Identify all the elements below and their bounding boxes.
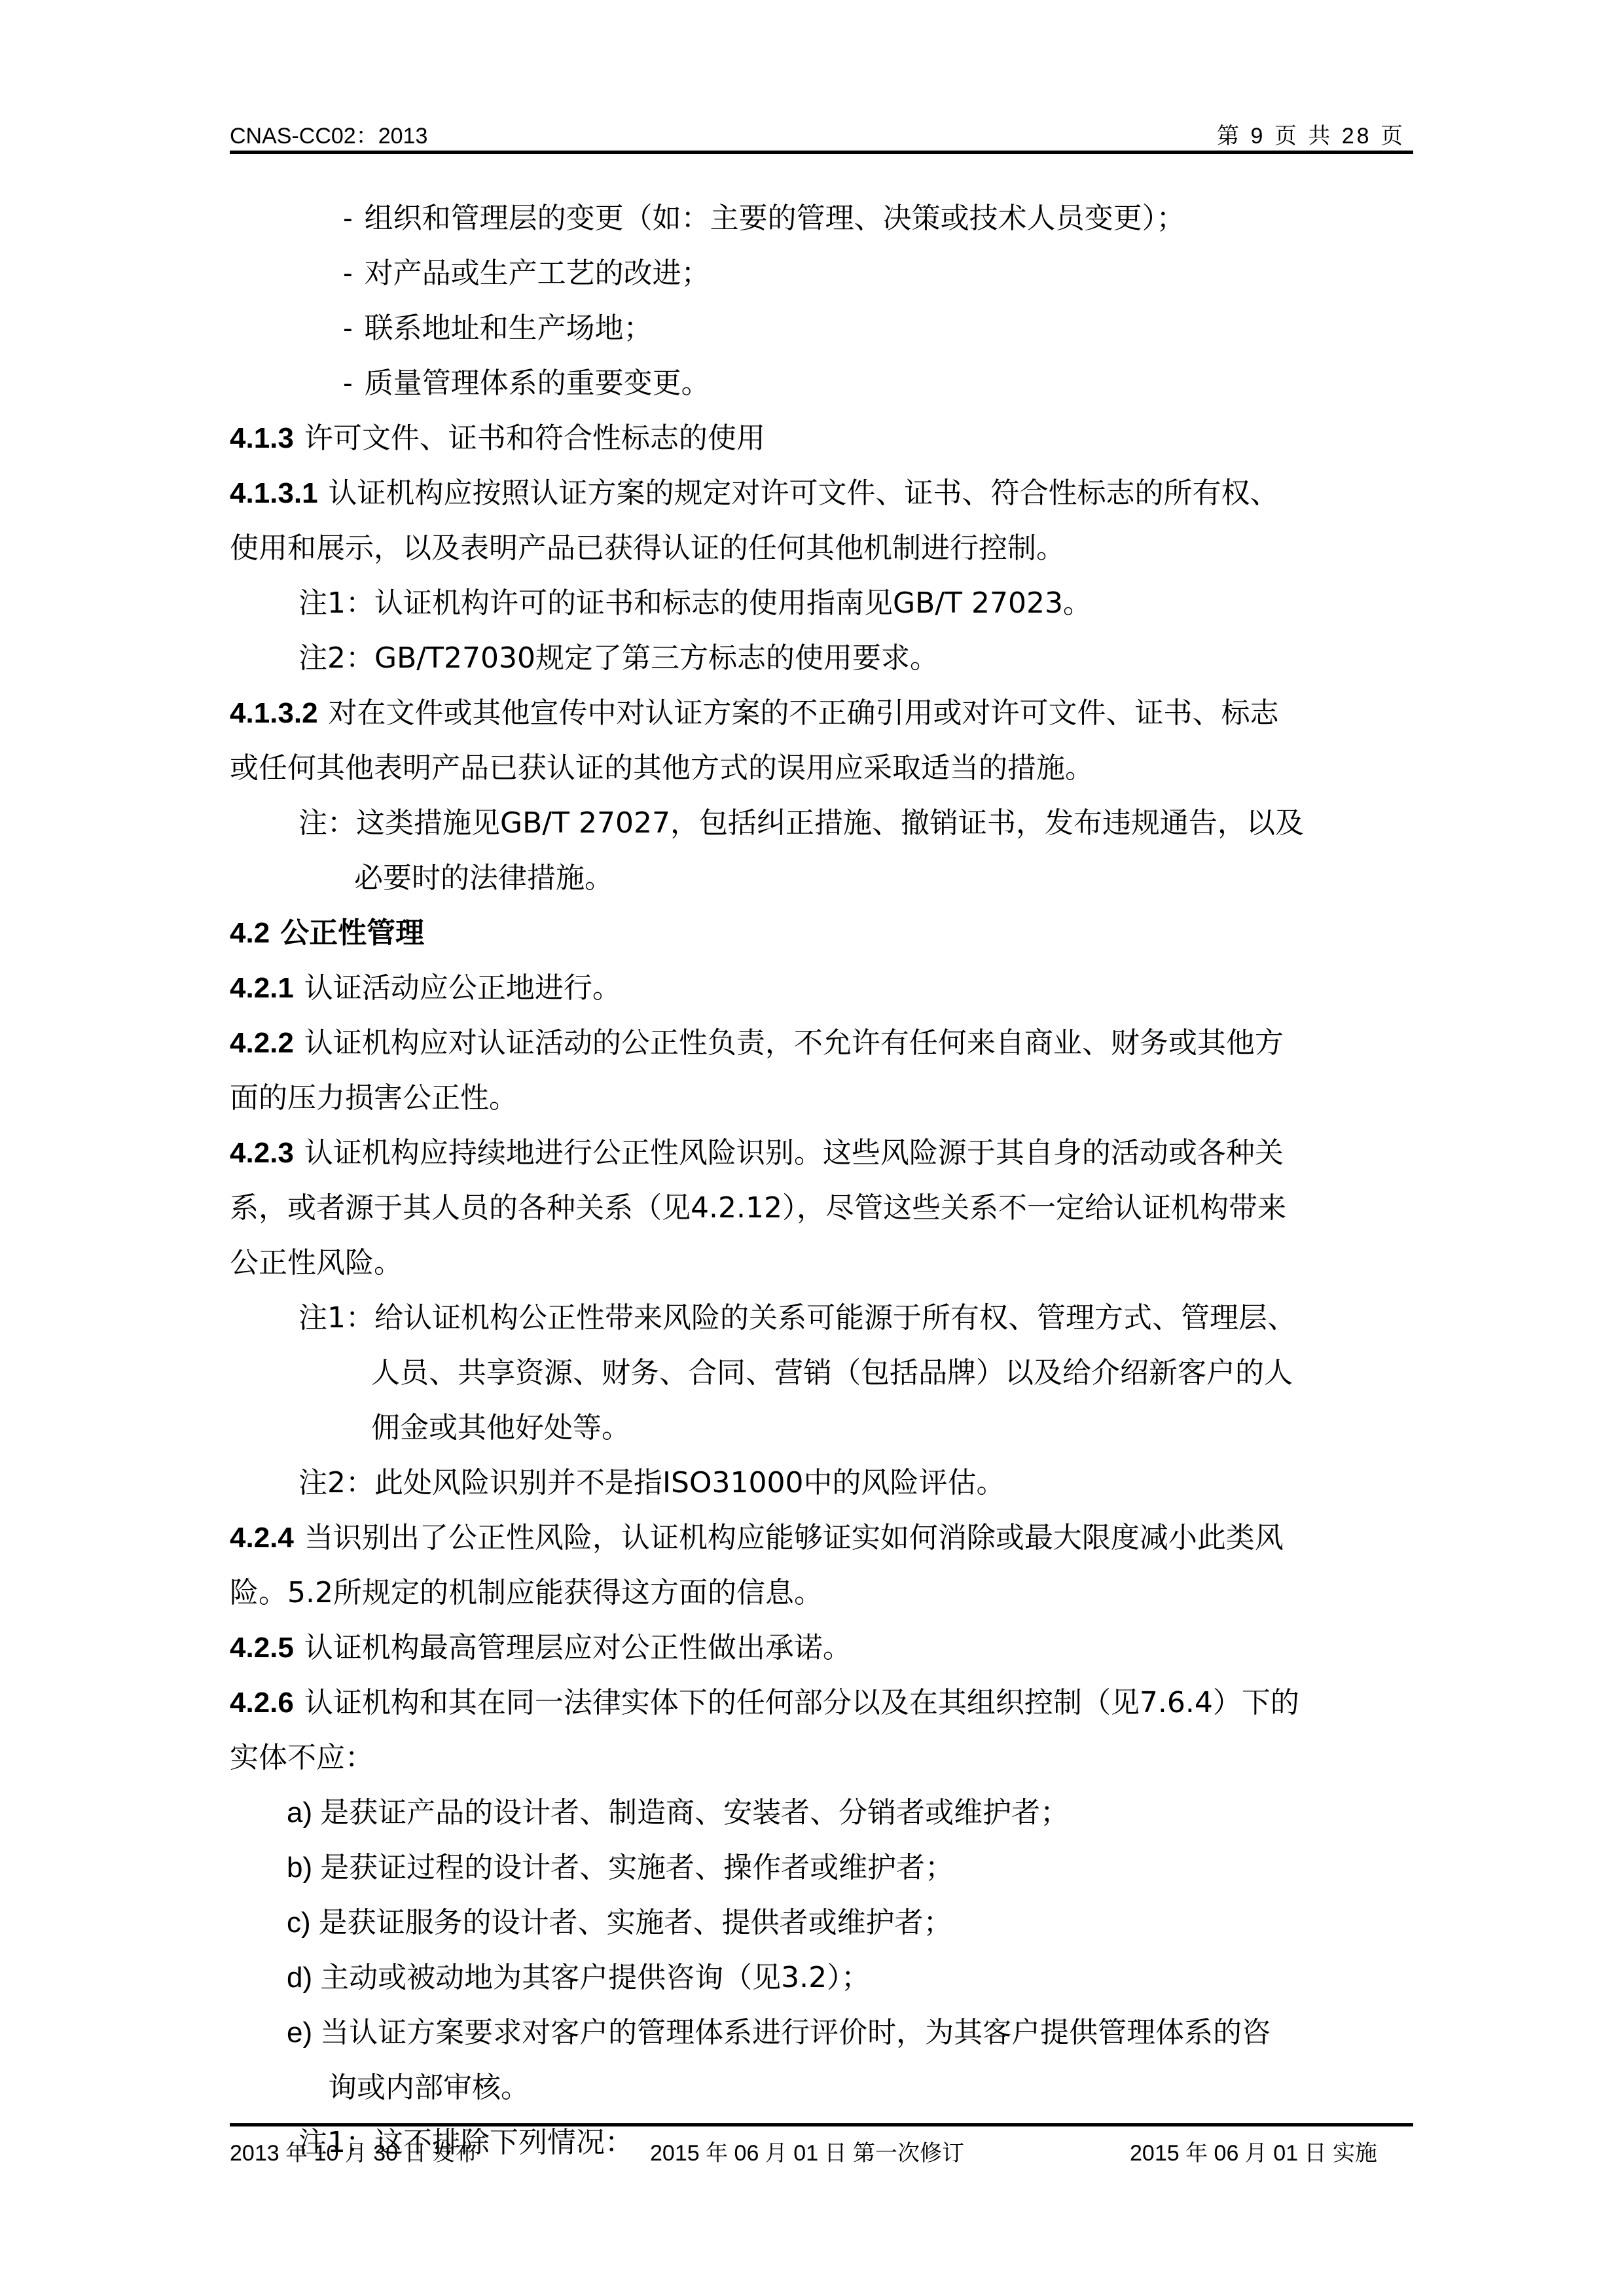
- clause-text-continued: 系，或者源于其人员的各种关系（见4.2.12），尽管这些关系不一定给认证机构带来: [230, 1181, 1421, 1236]
- list-marker: e): [287, 2017, 312, 2049]
- clause-number: 4.2.3: [230, 1137, 294, 1169]
- note-continued: 人员、共享资源、财务、合同、营销（包括品牌）以及给介绍新客户的人: [230, 1346, 1421, 1401]
- dash-item-text: 组织和管理层的变更（如：主要的管理、决策或技术人员变更）；: [365, 202, 1185, 235]
- clause-number: 4.2.2: [230, 1027, 294, 1059]
- clause-text: 认证机构应按照认证方案的规定对许可文件、证书、符合性标志的所有权、: [329, 476, 1279, 510]
- list-item-continued: 询或内部审核。: [230, 2060, 1421, 2115]
- list-item-text: 是获证过程的设计者、实施者、操作者或维护者；: [320, 1851, 954, 1884]
- list-marker: b): [287, 1852, 312, 1884]
- list-item-d: d)主动或被动地为其客户提供咨询（见3.2）；: [230, 1950, 1421, 2005]
- clause-number: 4.2: [230, 917, 270, 949]
- list-item-text: 主动或被动地为其客户提供咨询（见3.2）；: [320, 1961, 870, 1994]
- list-item-e: e)当认证方案要求对客户的管理体系进行评价时，为其客户提供管理体系的咨: [230, 2005, 1421, 2060]
- dash-marker: -: [343, 312, 353, 344]
- list-marker: a): [287, 1797, 312, 1829]
- note-1: 注1：认证机构许可的证书和标志的使用指南见GB/T 27023。: [230, 576, 1421, 631]
- list-marker: c): [287, 1907, 311, 1939]
- dash-list-item: -组织和管理层的变更（如：主要的管理、决策或技术人员变更）；: [230, 191, 1421, 246]
- clause-text: 认证机构最高管理层应对公正性做出承诺。: [304, 1631, 852, 1664]
- clause-title: 许可文件、证书和符合性标志的使用: [304, 422, 765, 455]
- clause-text: 认证机构应对认证活动的公正性负责，不允许有任何来自商业、财务或其他方: [304, 1026, 1284, 1060]
- dash-list-item: -质量管理体系的重要变更。: [230, 356, 1421, 411]
- page-header: CNAS-CC02：2013 第 9 页 共 28 页: [230, 113, 1413, 152]
- page-number: 第 9 页 共 28 页: [1217, 118, 1405, 150]
- list-item-text: 是获证服务的设计者、实施者、提供者或维护者；: [319, 1906, 952, 1939]
- clause-4-2-3: 4.2.3认证机构应持续地进行公正性风险识别。这些风险源于其自身的活动或各种关: [230, 1126, 1421, 1181]
- clause-text: 认证机构和其在同一法律实体下的任何部分以及在其组织控制（见7.6.4）下的: [304, 1686, 1299, 1719]
- clause-text: 认证活动应公正地进行。: [304, 971, 621, 1005]
- note: 注：这类措施见GB/T 27027，包括纠正措施、撤销证书，发布违规通告，以及: [230, 796, 1421, 851]
- section-heading-4-2: 4.2公正性管理: [230, 906, 1421, 961]
- clause-4-2-5: 4.2.5认证机构最高管理层应对公正性做出承诺。: [230, 1621, 1421, 1676]
- footer-rule: [230, 2123, 1413, 2126]
- clause-text: 对在文件或其他宣传中对认证方案的不正确引用或对许可文件、证书、标志: [329, 696, 1279, 730]
- list-item-c: c)是获证服务的设计者、实施者、提供者或维护者；: [230, 1895, 1421, 1950]
- clause-text: 认证机构应持续地进行公正性风险识别。这些风险源于其自身的活动或各种关: [304, 1136, 1284, 1170]
- clause-text-continued: 实体不应：: [230, 1731, 1421, 1785]
- clause-text-continued: 面的压力损害公正性。: [230, 1071, 1421, 1126]
- clause-text-continued: 或任何其他表明产品已获认证的其他方式的误用应采取适当的措施。: [230, 741, 1421, 796]
- note-continued: 佣金或其他好处等。: [230, 1401, 1421, 1456]
- clause-number: 4.2.6: [230, 1687, 294, 1719]
- clause-4-2-6: 4.2.6认证机构和其在同一法律实体下的任何部分以及在其组织控制（见7.6.4）…: [230, 1676, 1421, 1731]
- section-heading-4-1-3: 4.1.3许可文件、证书和符合性标志的使用: [230, 411, 1421, 466]
- note-2: 注2：此处风险识别并不是指ISO31000中的风险评估。: [230, 1456, 1421, 1511]
- note-1: 注1：给认证机构公正性带来风险的关系可能源于所有权、管理方式、管理层、: [230, 1291, 1421, 1346]
- list-item-a: a)是获证产品的设计者、制造商、安装者、分销者或维护者；: [230, 1785, 1421, 1840]
- list-marker: d): [287, 1962, 312, 1994]
- list-item-text: 当认证方案要求对客户的管理体系进行评价时，为其客户提供管理体系的咨: [320, 2016, 1271, 2049]
- page-footer: 2013 年 10 月 30 日 发布 2015 年 06 月 01 日 第一次…: [230, 2128, 1413, 2168]
- clause-number: 4.1.3: [230, 422, 294, 454]
- clause-number: 4.2.5: [230, 1632, 294, 1664]
- note-continued: 必要时的法律措施。: [230, 851, 1421, 906]
- effective-date: 2015 年 06 月 01 日 实施: [1130, 2135, 1377, 2167]
- clause-number: 4.2.4: [230, 1522, 294, 1554]
- clause-4-2-1: 4.2.1认证活动应公正地进行。: [230, 961, 1421, 1016]
- clause-4-1-3-1: 4.1.3.1认证机构应按照认证方案的规定对许可文件、证书、符合性标志的所有权、: [230, 466, 1421, 521]
- dash-list-item: -联系地址和生产场地；: [230, 301, 1421, 356]
- clause-number: 4.1.3.2: [230, 697, 318, 729]
- clause-4-2-4: 4.2.4当识别出了公正性风险，认证机构应能够证实如何消除或最大限度减小此类风: [230, 1511, 1421, 1566]
- revision-date: 2015 年 06 月 01 日 第一次修订: [650, 2135, 964, 2167]
- clause-4-1-3-2: 4.1.3.2对在文件或其他宣传中对认证方案的不正确引用或对许可文件、证书、标志: [230, 686, 1421, 741]
- clause-text-continued: 险。5.2所规定的机制应能获得这方面的信息。: [230, 1566, 1421, 1621]
- dash-marker: -: [343, 202, 353, 234]
- dash-marker: -: [343, 257, 353, 289]
- list-item-b: b)是获证过程的设计者、实施者、操作者或维护者；: [230, 1840, 1421, 1895]
- clause-4-2-2: 4.2.2认证机构应对认证活动的公正性负责，不允许有任何来自商业、财务或其他方: [230, 1016, 1421, 1071]
- document-body: -组织和管理层的变更（如：主要的管理、决策或技术人员变更）； -对产品或生产工艺…: [230, 191, 1421, 2170]
- dash-item-text: 联系地址和生产场地；: [365, 312, 653, 345]
- clause-text-continued: 公正性风险。: [230, 1236, 1421, 1291]
- clause-text: 当识别出了公正性风险，认证机构应能够证实如何消除或最大限度减小此类风: [304, 1521, 1284, 1554]
- note-2: 注2：GB/T27030规定了第三方标志的使用要求。: [230, 631, 1421, 686]
- clause-text-continued: 使用和展示，以及表明产品已获得认证的任何其他机制进行控制。: [230, 521, 1421, 576]
- dash-item-text: 对产品或生产工艺的改进；: [365, 257, 710, 290]
- dash-item-text: 质量管理体系的重要变更。: [365, 367, 710, 400]
- issue-date: 2013 年 10 月 30 日 发布: [230, 2135, 477, 2167]
- list-item-text: 是获证产品的设计者、制造商、安装者、分销者或维护者；: [320, 1796, 1069, 1829]
- dash-marker: -: [343, 367, 353, 399]
- document-code: CNAS-CC02：2013: [230, 118, 427, 150]
- section-title: 公正性管理: [280, 916, 424, 950]
- clause-number: 4.2.1: [230, 972, 294, 1004]
- dash-list-item: -对产品或生产工艺的改进；: [230, 246, 1421, 301]
- header-rule: [230, 151, 1413, 154]
- clause-number: 4.1.3.1: [230, 477, 318, 509]
